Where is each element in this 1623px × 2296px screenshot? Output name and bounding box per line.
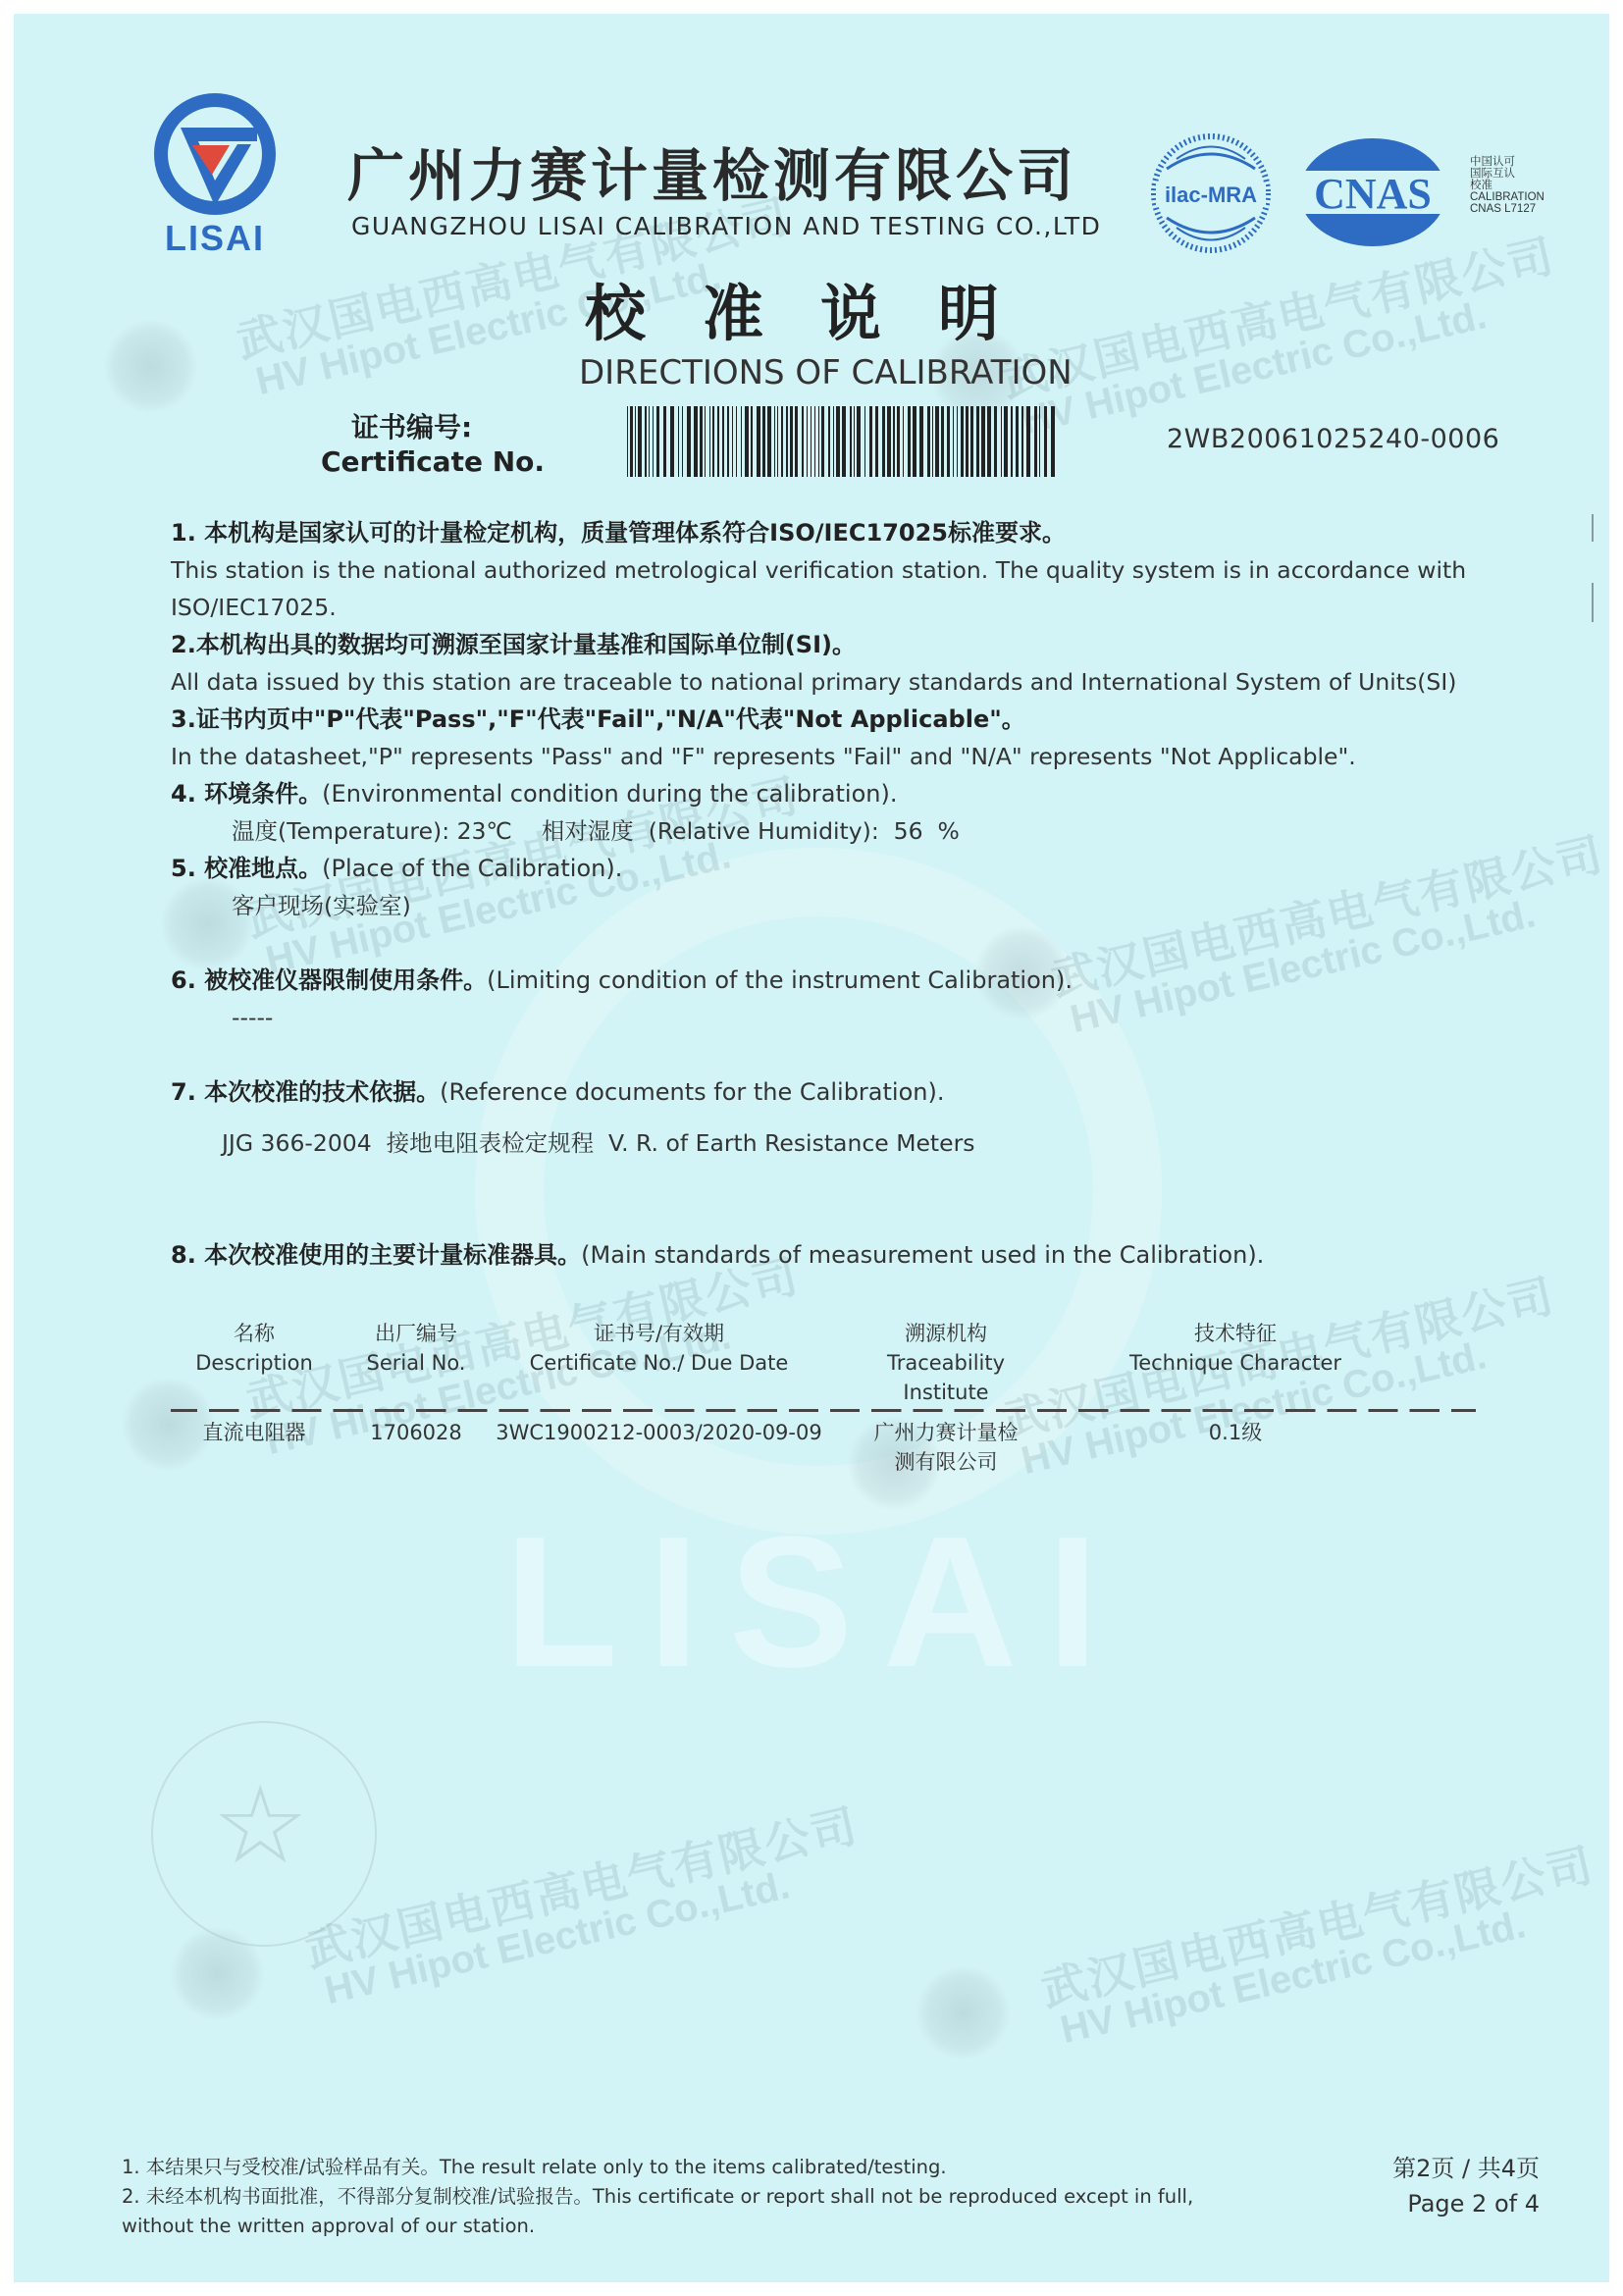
footer-note-2: 2. 未经本机构书面批准，不得部分复制校准/试验报告。This certific… <box>122 2182 1250 2241</box>
edge-mark <box>1592 514 1594 542</box>
cnas-note-line: 国际互认 <box>1470 168 1544 180</box>
company-name-en: GUANGZHOU LISAI CALIBRATION AND TESTING … <box>351 212 1101 240</box>
cnas-icon: CNAS <box>1294 133 1451 251</box>
watermark-text: 武汉国电西高电气有限公司HV Hipot Electric Co.,Ltd. <box>1034 1829 1607 2055</box>
section-3-text: In the datasheet,"P" represents "Pass" a… <box>171 738 1486 775</box>
watermark-text: 武汉国电西高电气有限公司HV Hipot Electric Co.,Ltd. <box>995 220 1568 445</box>
section-5-heading: 5. 校准地点。(Place of the Calibration). <box>171 850 1486 887</box>
watermark-badge-icon <box>171 1927 264 2020</box>
cell-serial: 1706028 <box>338 1418 495 1477</box>
cell-character: 0.1级 <box>1069 1418 1402 1477</box>
cell-description: 直流电阻器 <box>171 1418 338 1477</box>
cnas-note-line: CALIBRATION <box>1470 191 1544 203</box>
section-5-heading-en: (Place of the Calibration). <box>322 855 622 882</box>
section-1-heading: 1. 本机构是国家认可的计量检定机构，质量管理体系符合ISO/IEC17025标… <box>171 514 1486 551</box>
page-number-cn: 第2页 / 共4页 <box>1373 2151 1540 2186</box>
cell-institute: 广州力赛计量检测有限公司 <box>823 1418 1069 1477</box>
certificate-number: 2WB20061025240-0006 <box>1167 424 1499 454</box>
table-row: 直流电阻器 1706028 3WC1900212-0003/2020-09-09… <box>171 1418 1476 1477</box>
page-number: 第2页 / 共4页 Page 2 of 4 <box>1373 2151 1540 2221</box>
lisai-logo-icon <box>151 90 279 218</box>
cnas-note-line: 中国认可 <box>1470 156 1544 168</box>
standards-table: 名称Description 出厂编号Serial No. 证书号/有效期Cert… <box>171 1319 1476 1477</box>
column-header: 溯源机构Traceability Institute <box>823 1319 1069 1407</box>
document-title-cn: 校准说明 <box>585 265 1056 352</box>
watermark-lisai: LISAI <box>504 1495 1128 1709</box>
section-4-heading: 4. 环境条件。(Environmental condition during … <box>171 775 1486 812</box>
section-6-heading: 6. 被校准仪器限制使用条件。(Limiting condition of th… <box>171 962 1486 999</box>
watermark-badge-icon <box>104 320 197 413</box>
section-8-heading-en: (Main standards of measurement used in t… <box>581 1241 1264 1269</box>
table-header: 名称Description 出厂编号Serial No. 证书号/有效期Cert… <box>171 1319 1476 1407</box>
table-divider <box>171 1409 1476 1412</box>
section-6-heading-cn: 6. 被校准仪器限制使用条件。 <box>171 966 487 994</box>
calibration-place: 客户现场(实验室) <box>171 887 1486 924</box>
page-number-en: Page 2 of 4 <box>1373 2186 1540 2221</box>
logo-text: LISAI <box>136 218 293 259</box>
section-4-heading-en: (Environmental condition during the cali… <box>322 780 897 808</box>
section-7-heading-en: (Reference documents for the Calibration… <box>440 1078 944 1106</box>
document-title-en: DIRECTIONS OF CALIBRATION <box>579 353 1073 392</box>
section-8-heading: 8. 本次校准使用的主要计量标准器具。(Main standards of me… <box>171 1236 1486 1274</box>
certificate-label-cn: 证书编号: <box>351 406 472 445</box>
company-name-cn: 广州力赛计量检测有限公司 <box>347 130 1077 212</box>
cell-certificate-due: 3WC1900212-0003/2020-09-09 <box>495 1418 823 1477</box>
cnas-accreditation-note: 中国认可 国际互认 校准 CALIBRATION CNAS L7127 <box>1470 156 1544 215</box>
section-5-heading-cn: 5. 校准地点。 <box>171 855 322 882</box>
lisai-logo: LISAI <box>136 90 293 259</box>
section-2-text: All data issued by this station are trac… <box>171 663 1486 701</box>
section-4-heading-cn: 4. 环境条件。 <box>171 780 322 808</box>
star-icon: ☆ <box>212 1762 309 1888</box>
cnas-note-line: 校准 <box>1470 180 1544 191</box>
section-1-text: This station is the national authorized … <box>171 551 1486 626</box>
column-header: 技术特征Technique Character <box>1069 1319 1402 1407</box>
column-header: 证书号/有效期Certificate No./ Due Date <box>495 1319 823 1407</box>
watermark-badge-icon <box>916 1966 1010 2060</box>
footer-note-1: 1. 本结果只与受校准/试验样品有关。The result relate onl… <box>122 2153 1250 2182</box>
watermark-text: 武汉国电西高电气有限公司HV Hipot Electric Co.,Ltd. <box>298 1790 871 2015</box>
reference-document: JJG 366-2004 接地电阻表检定规程 V. R. of Earth Re… <box>171 1124 1486 1162</box>
section-3-heading: 3.证书内页中"P"代表"Pass","F"代表"Fail","N/A"代表"N… <box>171 701 1486 738</box>
directions-body: 1. 本机构是国家认可的计量检定机构，质量管理体系符合ISO/IEC17025标… <box>171 514 1486 1274</box>
environment-values: 温度(Temperature): 23℃ 相对湿度 (Relative Humi… <box>171 812 1486 850</box>
cnas-logo: CNAS <box>1294 133 1451 255</box>
section-8-heading-cn: 8. 本次校准使用的主要计量标准器具。 <box>171 1241 581 1269</box>
column-header: 出厂编号Serial No. <box>338 1319 495 1407</box>
limiting-condition-value: ----- <box>171 999 1486 1036</box>
section-2-heading: 2.本机构出具的数据均可溯源至国家计量基准和国际单位制(SI)。 <box>171 626 1486 663</box>
footer-notes: 1. 本结果只与受校准/试验样品有关。The result relate onl… <box>122 2153 1250 2241</box>
section-7-heading: 7. 本次校准的技术依据。(Reference documents for th… <box>171 1073 1486 1111</box>
section-6-heading-en: (Limiting condition of the instrument Ca… <box>487 966 1073 994</box>
edge-mark <box>1592 583 1594 622</box>
stamp-seal: ☆ <box>151 1721 377 1947</box>
svg-text:ilac-MRA: ilac-MRA <box>1165 183 1257 207</box>
certificate-barcode <box>627 406 1069 477</box>
svg-text:CNAS: CNAS <box>1314 170 1432 218</box>
ilac-mra-logo: ilac-MRA <box>1142 130 1280 261</box>
certificate-label-en: Certificate No. <box>321 445 545 478</box>
section-7-heading-cn: 7. 本次校准的技术依据。 <box>171 1078 440 1106</box>
certificate-page: LISAI ☆ 武汉国电西高电气有限公司HV Hipot Electric Co… <box>14 14 1609 2282</box>
column-header: 名称Description <box>171 1319 338 1407</box>
cnas-note-line: CNAS L7127 <box>1470 203 1544 215</box>
ilac-mra-icon: ilac-MRA <box>1142 130 1280 257</box>
